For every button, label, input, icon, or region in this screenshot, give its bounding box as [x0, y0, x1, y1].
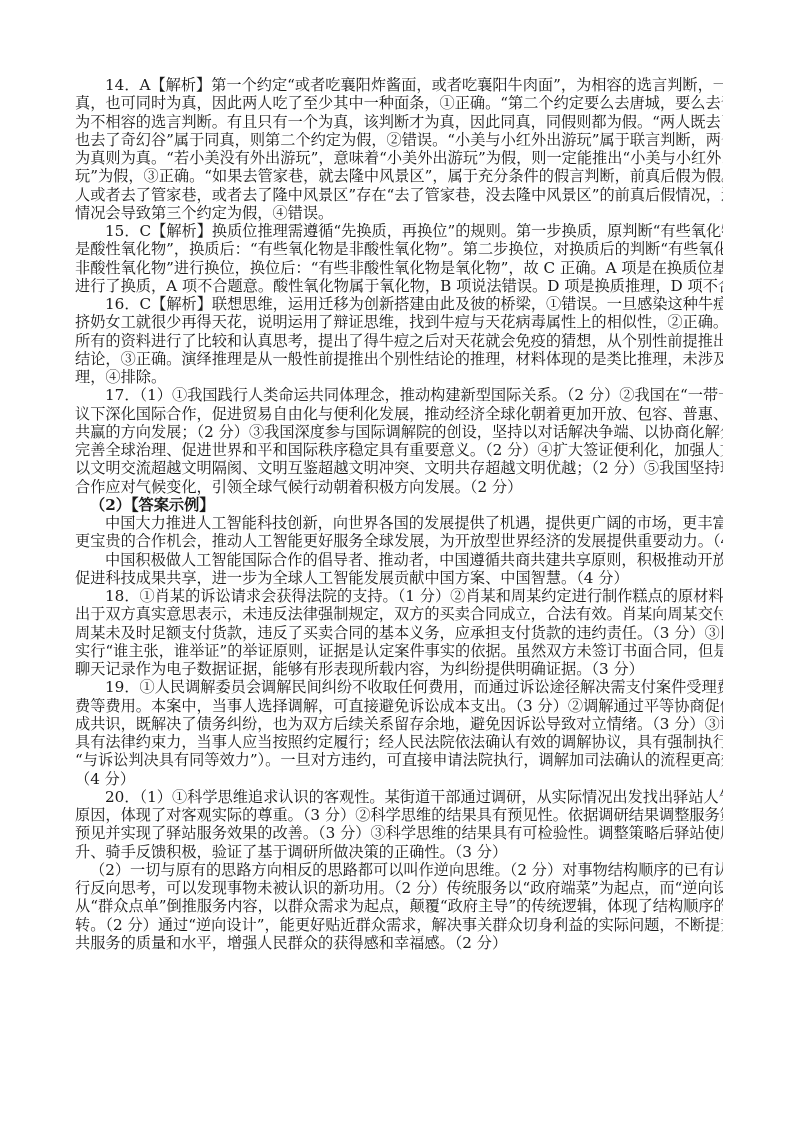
text-line: 挤奶女工就很少再得天花，说明运用了辩证思维，找到牛痘与天花病毒属性上的相似性，②…: [75, 313, 723, 331]
text-line: 共服务的质量和水平，增强人民群众的获得感和幸福感。（2 分）: [75, 934, 723, 952]
text-line: 17．（1）①我国践行人类命运共同体理念，推动构建新型国际关系。（2 分）②我国…: [75, 386, 723, 404]
text-line: 14．A【解析】第一个约定“或者吃襄阳炸酱面，或者吃襄阳牛肉面”，为相容的选言判…: [75, 76, 723, 94]
text-line: 15．C【解析】换质位推理需遵循“先换质，再换位”的规则。第一步换质，原判断“有…: [75, 222, 723, 240]
text-line: 是酸性氧化物”，换质后：“有些氧化物是非酸性氧化物”。第二步换位，对换质后的判断…: [75, 240, 723, 258]
text-line: 出于双方真实意思表示，未违反法律强制规定，双方的买卖合同成立，合法有效。肖某向周…: [75, 605, 723, 623]
text-line: 费等费用。本案中，当事人选择调解，可直接避免诉讼成本支出。（3 分）②调解通过平…: [75, 697, 723, 715]
text-line: 转。（2 分）通过“逆向设计”，能更好贴近群众需求，解决事关群众切身利益的实际问…: [75, 916, 723, 934]
text-line: 完善全球治理、促进世界和平和国际秩序稳定具有重要意义。（2 分）④扩大签证便利化…: [75, 441, 723, 459]
document-page: 14．A【解析】第一个约定“或者吃襄阳炸酱面，或者吃襄阳牛肉面”，为相容的选言判…: [0, 0, 800, 1131]
text-line: 行反向思考，可以发现事物未被认识的新功用。（2 分）传统服务以“政府端菜”为起点…: [75, 879, 723, 897]
text-line: （4 分）: [75, 770, 723, 788]
text-line: 共赢的方向发展；（2 分）③我国深度参与国际调解院的创设，坚持以对话解决争端、以…: [75, 423, 723, 441]
text-line: 理，④排除。: [75, 368, 723, 386]
text-line: （2）一切与原有的思路方向相反的思路都可以叫作逆向思维。（2 分）对事物结构顺序…: [75, 861, 723, 879]
text-line: 所有的资料进行了比较和认真思考，提出了得牛痘之后对天花就会免疫的猜想，从个别性前…: [75, 332, 723, 350]
text-line: 情况会导致第三个约定为假，④错误。: [75, 204, 723, 222]
answer-key-text: 14．A【解析】第一个约定“或者吃襄阳炸酱面，或者吃襄阳牛肉面”，为相容的选言判…: [75, 76, 723, 952]
text-line: 为不相容的选言判断。有且只有一个为真，该判断才为真，因此同真，同假则都为假。“两…: [75, 113, 723, 131]
text-line: 成共识，既解决了债务纠纷，也为双方后续关系留存余地，避免因诉讼导致对立情绪。（3…: [75, 715, 723, 733]
text-line: “与诉讼判决具有同等效力”）。一旦对方违约，可直接申请法院执行，调解加司法确认的…: [75, 751, 723, 769]
text-line: 原因，体现了对客观实际的尊重。（3 分）②科学思维的结果具有预见性。依据调研结果…: [75, 806, 723, 824]
text-line: 19．①人民调解委员会调解民间纠纷不收取任何费用，而通过诉讼途径解决需支付案件受…: [75, 678, 723, 696]
text-line: 18．①肖某的诉讼请求会获得法院的支持。（1 分）②肖某和周某约定进行制作糕点的…: [75, 587, 723, 605]
text-line: 议下深化国际合作，促进贸易自由化与便利化发展，推动经济全球化朝着更加开放、包容、…: [75, 405, 723, 423]
text-line: 为真则为真。“若小美没有外出游玩”，意味着“小美外出游玩”为假，则一定能推出“小…: [75, 149, 723, 167]
text-line: 更宝贵的合作机会，推动人工智能更好服务全球发展，为开放型世界经济的发展提供重要动…: [75, 532, 723, 550]
text-line: 聊天记录作为电子数据证据，能够有形表现所载内容，为纠纷提供明确证据。（3 分）: [75, 660, 723, 678]
text-line: 玩”为假，③正确。“如果去管家巷，就去隆中风景区”，属于充分条件的假言判断，前真…: [75, 167, 723, 185]
text-line: 进行了换质，A 项不合题意。酸性氧化物属于氧化物，B 项说法错误。D 项是换质推…: [75, 277, 723, 295]
text-line: 从“群众点单”倒推服务内容，以群众需求为起点，颠覆“政府主导”的传统逻辑，体现了…: [75, 897, 723, 915]
text-line: 预见并实现了驿站服务效果的改善。（3 分）③科学思维的结果具有可检验性。调整策略…: [75, 824, 723, 842]
text-line: 合作应对气候变化，引领全球气候行动朝着积极方向发展。（2 分）: [75, 478, 723, 496]
text-line: 促进科技成果共享，进一步为全球人工智能发展贡献中国方案、中国智慧。（4 分）: [75, 569, 723, 587]
text-line: 也去了奇幻谷”属于同真，则第二个约定为假，②错误。“小美与小红外出游玩”属于联言…: [75, 131, 723, 149]
text-line: 中国大力推进人工智能科技创新，向世界各国的发展提供了机遇，提供更广阔的市场，更丰…: [75, 514, 723, 532]
text-line: 16．C【解析】联想思维，运用迁移为创新搭建由此及彼的桥梁，①错误。一旦感染这种…: [75, 295, 723, 313]
text-line: 以文明交流超越文明隔阂、文明互鉴超越文明冲突、文明共存超越文明优越；（2 分）⑤…: [75, 459, 723, 477]
section-heading: （2）【答案示例】: [75, 496, 723, 514]
text-line: 结论，③正确。演绎推理是从一般性前提推出个别性结论的推理，材料体现的是类比推理，…: [75, 350, 723, 368]
text-line: 20．（1）①科学思维追求认识的客观性。某街道干部通过调研，从实际情况出发找出驿…: [75, 788, 723, 806]
text-line: 人或者去了管家巷，或者去了隆中风景区”存在“去了管家巷，没去隆中风景区”的前真后…: [75, 186, 723, 204]
text-line: 非酸性氧化物”进行换位，换位后：“有些非酸性氧化物是氧化物”，故 C 正确。A …: [75, 259, 723, 277]
text-line: 周某未及时足额支付货款，违反了买卖合同的基本义务，应承担支付货款的违约责任。（3…: [75, 624, 723, 642]
text-line: 中国积极做人工智能国际合作的倡导者、推动者，中国遵循共商共建共享原则，积极推动开…: [75, 551, 723, 569]
text-line: 升、骑手反馈积极，验证了基于调研所做决策的正确性。（3 分）: [75, 843, 723, 861]
text-line: 真，也可同时为真，因此两人吃了至少其中一种面条，①正确。“第二个约定要么去唐城，…: [75, 94, 723, 112]
text-line: 实行“谁主张，谁举证”的举证原则，证据是认定案件事实的依据。虽然双方未签订书面合…: [75, 642, 723, 660]
text-line: 具有法律约束力，当事人应当按照约定履行；经人民法院依法确认有效的调解协议，具有强…: [75, 733, 723, 751]
